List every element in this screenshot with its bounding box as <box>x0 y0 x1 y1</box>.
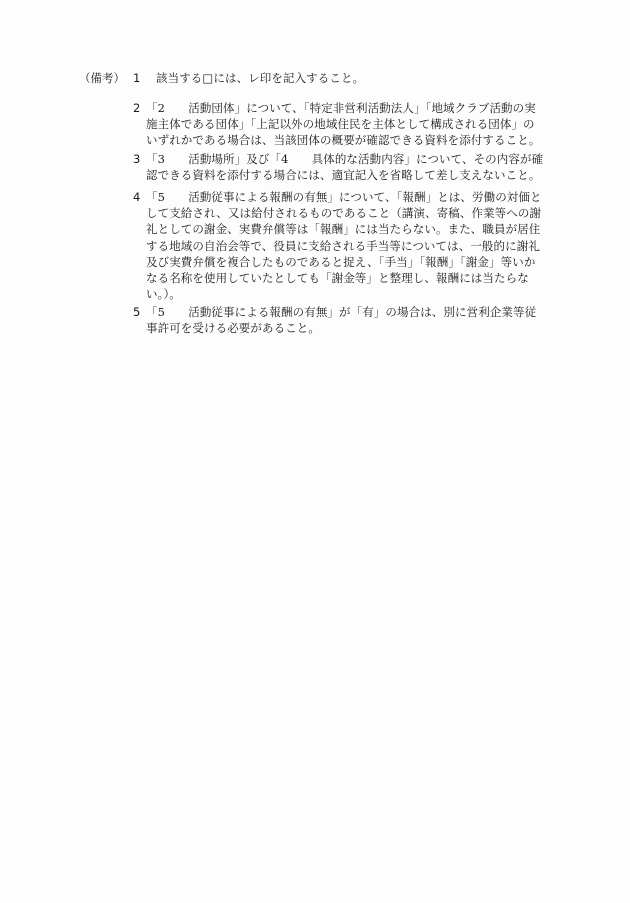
note-number: 4 <box>133 189 140 205</box>
note-line: する地域の自治会等で、役員に支給される手当等については、一般的に謝礼 <box>146 238 576 254</box>
note-line: 該当する□には、レ印を記入すること。 <box>156 70 586 86</box>
note-line: 及び実費弁償を複合したものであると捉え、「手当」「報酬」「謝金」等いか <box>146 254 576 270</box>
note-line: 「5 活動従事による報酬の有無」について、「報酬」とは、労働の対価と <box>146 189 576 205</box>
note-line: い。）。 <box>146 286 576 302</box>
note-number: 1 <box>133 70 140 86</box>
note-line: 「3 活動場所」及び「4 具体的な活動内容」について、その内容が確 <box>146 151 576 167</box>
note-line: 礼としての謝金、実費弁償等は「報酬」には当たらない。また、職員が居住 <box>146 221 576 237</box>
note-number: 3 <box>133 151 140 167</box>
note-text: 「5 活動従事による報酬の有無」が「有」の場合は、別に営利企業等従 事許可を受け… <box>146 304 576 336</box>
note-line: 事許可を受ける必要があること。 <box>146 320 576 336</box>
note-number: 5 <box>133 304 140 320</box>
note-line: 施主体である団体」「上記以外の地域住民を主体として構成される団体」の <box>146 116 576 132</box>
note-text: 該当する□には、レ印を記入すること。 <box>156 70 586 86</box>
note-line: いずれかである場合は、当該団体の概要が確認できる資料を添付すること。 <box>146 132 576 148</box>
note-text: 「3 活動場所」及び「4 具体的な活動内容」について、その内容が確 認できる資料… <box>146 151 576 183</box>
note-line: 「5 活動従事による報酬の有無」が「有」の場合は、別に営利企業等従 <box>146 304 576 320</box>
note-text: 「2 活動団体」について、「特定非営利活動法人」「地域クラブ活動の実 施主体であ… <box>146 100 576 149</box>
note-text: 「5 活動従事による報酬の有無」について、「報酬」とは、労働の対価と して支給さ… <box>146 189 576 302</box>
note-line: して支給され、又は給付されるものであること（講演、寄稿、作業等への謝 <box>146 205 576 221</box>
note-line: 認できる資料を添付する場合には、適宜記入を省略して差し支えないこと。 <box>146 167 576 183</box>
notes-label: （備考） <box>79 70 125 86</box>
note-line: なる名称を使用していたとしても「謝金等」と整理し、報酬には当たらな <box>146 270 576 286</box>
note-line: 「2 活動団体」について、「特定非営利活動法人」「地域クラブ活動の実 <box>146 100 576 116</box>
note-number: 2 <box>133 100 140 116</box>
